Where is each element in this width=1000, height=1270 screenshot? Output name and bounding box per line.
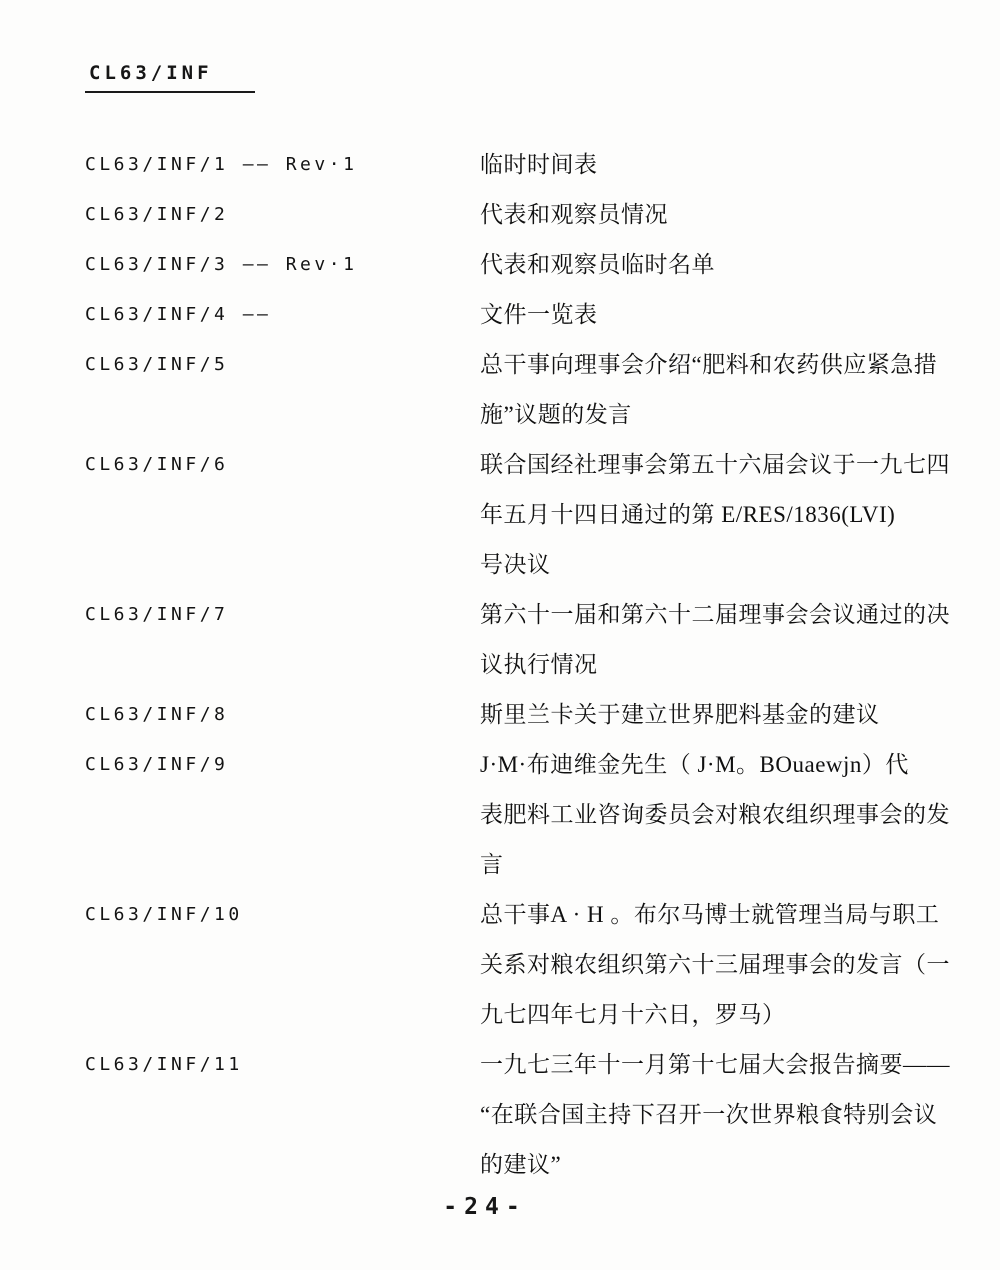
title-line: 总干事A · H 。布尔马博士就管理当局与职工 — [480, 890, 980, 940]
document-row: CL63/INF/1 —— Rev·1 临时时间表 — [85, 140, 980, 190]
title-line: 代表和观察员情况 — [480, 190, 980, 240]
document-code: CL63/INF/3 —— Rev·1 — [85, 240, 480, 290]
document-title: 总干事向理事会介绍“肥料和农药供应紧急措 施”议题的发言 — [480, 340, 980, 440]
document-title: J·M·布迪维金先生（ J·M。BOuaewjn）代 表肥料工业咨询委员会对粮农… — [480, 740, 980, 890]
document-title: 临时时间表 — [480, 140, 980, 190]
document-list: CL63/INF/1 —— Rev·1 临时时间表 CL63/INF/2 代表和… — [85, 140, 980, 1190]
document-series-heading: CL63/INF — [85, 62, 255, 93]
title-line: 的建议” — [480, 1140, 980, 1190]
title-line: 议执行情况 — [480, 640, 980, 690]
title-line: 第六十一届和第六十二届理事会会议通过的决 — [480, 590, 980, 640]
document-code: CL63/INF/4 —— — [85, 290, 480, 340]
document-code: CL63/INF/6 — [85, 440, 480, 490]
document-row: CL63/INF/7 第六十一届和第六十二届理事会会议通过的决 议执行情况 — [85, 590, 980, 690]
document-row: CL63/INF/3 —— Rev·1 代表和观察员临时名单 — [85, 240, 980, 290]
document-title: 代表和观察员临时名单 — [480, 240, 980, 290]
title-line: 联合国经社理事会第五十六届会议于一九七四 — [480, 440, 980, 490]
document-code: CL63/INF/1 —— Rev·1 — [85, 140, 480, 190]
title-line: 号决议 — [480, 540, 980, 590]
document-row: CL63/INF/9 J·M·布迪维金先生（ J·M。BOuaewjn）代 表肥… — [85, 740, 980, 890]
document-title: 联合国经社理事会第五十六届会议于一九七四 年五月十四日通过的第 E/RES/18… — [480, 440, 980, 590]
title-line: “在联合国主持下召开一次世界粮食特别会议 — [480, 1090, 980, 1140]
title-line: 言 — [480, 840, 980, 890]
document-title: 斯里兰卡关于建立世界肥料基金的建议 — [480, 690, 980, 740]
document-title: 一九七三年十一月第十七届大会报告摘要—— “在联合国主持下召开一次世界粮食特别会… — [480, 1040, 980, 1190]
document-row: CL63/INF/4 —— 文件一览表 — [85, 290, 980, 340]
title-line: 代表和观察员临时名单 — [480, 240, 980, 290]
title-line: 关系对粮农组织第六十三届理事会的发言（一 — [480, 940, 980, 990]
title-line: 九七四年七月十六日，罗马） — [480, 990, 980, 1040]
scanned-document-page: CL63/INF CL63/INF/1 —— Rev·1 临时时间表 CL63/… — [0, 0, 1000, 1270]
title-line: 年五月十四日通过的第 E/RES/1836(LVI) — [480, 490, 980, 540]
document-code: CL63/INF/9 — [85, 740, 480, 790]
document-code: CL63/INF/10 — [85, 890, 480, 940]
document-row: CL63/INF/6 联合国经社理事会第五十六届会议于一九七四 年五月十四日通过… — [85, 440, 980, 590]
document-title: 第六十一届和第六十二届理事会会议通过的决 议执行情况 — [480, 590, 980, 690]
document-title: 总干事A · H 。布尔马博士就管理当局与职工 关系对粮农组织第六十三届理事会的… — [480, 890, 980, 1040]
document-code: CL63/INF/2 — [85, 190, 480, 240]
title-line: 总干事向理事会介绍“肥料和农药供应紧急措 — [480, 340, 980, 390]
document-row: CL63/INF/5 总干事向理事会介绍“肥料和农药供应紧急措 施”议题的发言 — [85, 340, 980, 440]
title-line: 斯里兰卡关于建立世界肥料基金的建议 — [480, 690, 980, 740]
document-code: CL63/INF/5 — [85, 340, 480, 390]
document-title: 代表和观察员情况 — [480, 190, 980, 240]
document-row: CL63/INF/8 斯里兰卡关于建立世界肥料基金的建议 — [85, 690, 980, 740]
document-code: CL63/INF/8 — [85, 690, 480, 740]
document-row: CL63/INF/10 总干事A · H 。布尔马博士就管理当局与职工 关系对粮… — [85, 890, 980, 1040]
document-row: CL63/INF/2 代表和观察员情况 — [85, 190, 980, 240]
title-line: 表肥料工业咨询委员会对粮农组织理事会的发 — [480, 790, 980, 840]
title-line: 文件一览表 — [480, 290, 980, 340]
title-line: 临时时间表 — [480, 140, 980, 190]
title-line: 一九七三年十一月第十七届大会报告摘要—— — [480, 1040, 980, 1090]
page-number: -24- — [0, 1194, 970, 1220]
document-title: 文件一览表 — [480, 290, 980, 340]
title-line: J·M·布迪维金先生（ J·M。BOuaewjn）代 — [480, 740, 980, 790]
document-row: CL63/INF/11 一九七三年十一月第十七届大会报告摘要—— “在联合国主持… — [85, 1040, 980, 1190]
document-code: CL63/INF/11 — [85, 1040, 480, 1090]
title-line: 施”议题的发言 — [480, 390, 980, 440]
document-code: CL63/INF/7 — [85, 590, 480, 640]
